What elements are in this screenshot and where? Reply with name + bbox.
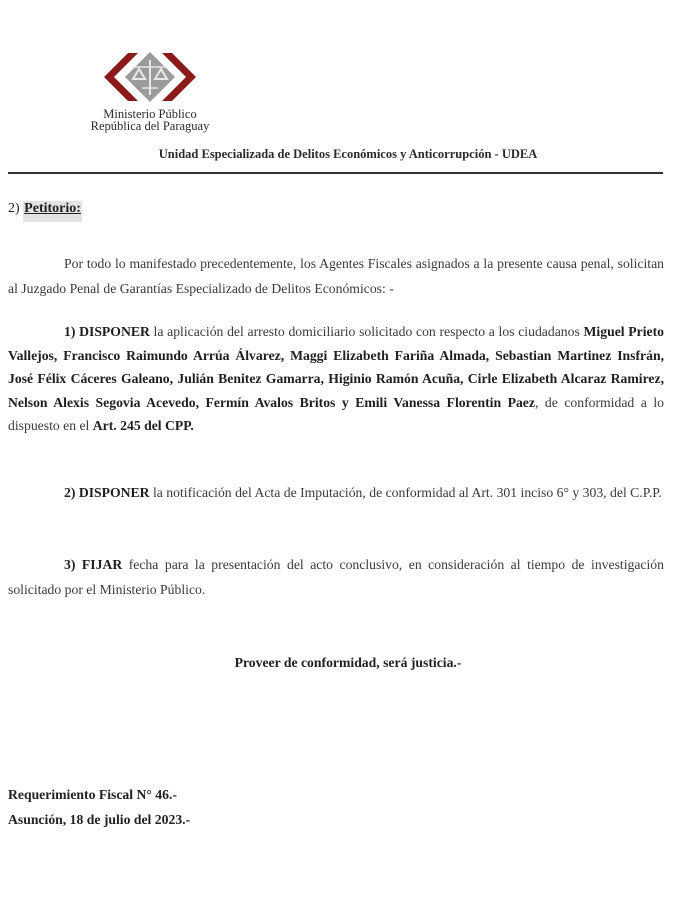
section-heading: 2) Petitorio:: [8, 201, 82, 217]
closing-statement: Proveer de conformidad, será justicia.-: [0, 655, 696, 671]
ministerio-publico-logo: [104, 50, 196, 104]
item-2-lead: 2) DISPONER: [64, 485, 150, 500]
item-2-text: la notificación del Acta de Imputación, …: [150, 485, 662, 500]
unit-title: Unidad Especializada de Delitos Económic…: [0, 147, 696, 162]
place-and-date: Asunción, 18 de julio del 2023.-: [8, 807, 190, 832]
item-1-ref: Art. 245 del CPP.: [93, 418, 194, 433]
intro-paragraph: Por todo lo manifestado precedentemente,…: [8, 251, 664, 301]
item-1-lead: 1) DISPONER: [64, 324, 150, 339]
fiscal-reference: Requerimiento Fiscal N° 46.-: [8, 782, 190, 807]
header-divider: [8, 172, 663, 174]
scales-of-justice-diamond-icon: [104, 50, 196, 104]
item-2-paragraph: 2) DISPONER la notificación del Acta de …: [8, 480, 664, 505]
item-1-paragraph: 1) DISPONER la aplicación del arresto do…: [8, 320, 664, 438]
section-label: Petitorio:: [23, 201, 82, 222]
item-3-lead: 3) FIJAR: [64, 557, 122, 572]
intro-text: Por todo lo manifestado precedentemente,…: [8, 256, 664, 296]
section-number: 2): [8, 201, 20, 216]
org-line-2: República del Paraguay: [70, 120, 230, 132]
item-1-text: la aplicación del arresto domiciliario s…: [150, 324, 584, 339]
document-footer: Requerimiento Fiscal N° 46.- Asunción, 1…: [8, 782, 190, 832]
organization-name: Ministerio Público República del Paragua…: [70, 108, 230, 132]
item-3-paragraph: 3) FIJAR fecha para la presentación del …: [8, 552, 664, 602]
